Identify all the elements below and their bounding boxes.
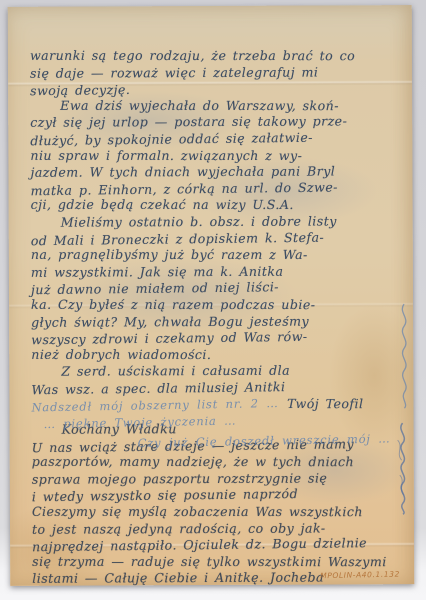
archive-reference: MPOLIN-A40.1.132: [320, 569, 400, 580]
letter-line: warunki są tego rodzaju, że trzeba brać …: [30, 48, 396, 65]
letter-line: na, pragnęlibyśmy już być razem z Wa-: [31, 247, 397, 264]
letter-line: się trzyma — raduje się tylko wszystkimi…: [32, 554, 398, 571]
letter-line: wszyscy zdrowi i czekamy od Was rów-: [31, 328, 397, 349]
letter-line: Cieszymy się myślą zobaczenia Was wszyst…: [32, 504, 398, 521]
letter-line: ka. Czy byłeś z nią razem podczas ubie-: [31, 297, 397, 314]
scanned-letter-page: warunki są tego rodzaju, że trzeba brać …: [0, 0, 426, 600]
letter-paper: warunki są tego rodzaju, że trzeba brać …: [8, 5, 415, 586]
letter-line: cji, gdzie będą czekać na wizy U.S.A.: [31, 197, 397, 214]
letter-line: Ewa dziś wyjechała do Warszawy, skoń-: [30, 98, 396, 115]
letter-line: dłużyć, by spokojnie oddać się załatwie-: [30, 129, 396, 150]
letter-line: nież dobrych wiadomości.: [31, 347, 397, 364]
letter-line: paszportów, mamy nadzieję, że w tych dni…: [32, 454, 398, 471]
letter-main-text: warunki są tego rodzaju, że trzeba brać …: [8, 5, 415, 586]
letter-line: swoją decyzję.: [30, 79, 396, 100]
letter-line: najprędzej nastąpiło. Ojciulek dz. Bogu …: [32, 535, 398, 556]
letter-line: niu spraw i formaln. związanych z wy-: [30, 147, 396, 164]
